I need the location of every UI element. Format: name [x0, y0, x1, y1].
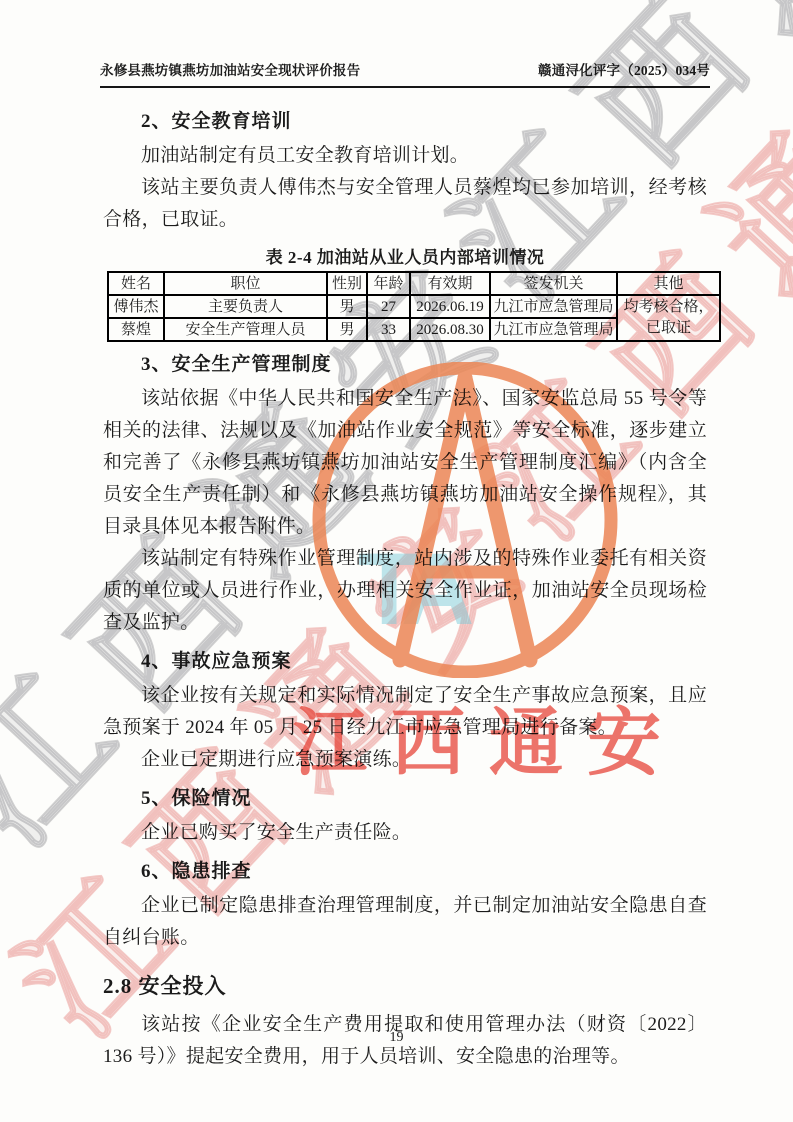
- document-body: 2、安全教育培训 加油站制定有员工安全教育培训计划。 该站主要负责人傅伟杰与安全…: [103, 99, 707, 1073]
- body-paragraph: 该站依据《中华人民共和国安全生产法》、国家安监总局 55 号令等相关的法律、法规…: [103, 383, 707, 543]
- section-heading-emergency-plan: 4、事故应急预案: [103, 648, 707, 675]
- cell-age: 27: [367, 295, 410, 318]
- cell-position: 安全生产管理人员: [164, 318, 327, 341]
- cell-name: 蔡煌: [108, 318, 164, 341]
- col-header: 其他: [617, 272, 720, 295]
- table-row: 傅伟杰 主要负责人 男 27 2026.06.19 九江市应急管理局 均考核合格…: [108, 295, 720, 318]
- body-paragraph: 加油站制定有员工安全教育培训计划。: [103, 140, 707, 172]
- cell-gender: 男: [327, 295, 367, 318]
- body-paragraph: 该站制定有特殊作业管理制度，站内涉及的特殊作业委托有相关资质的单位或人员进行作业…: [103, 543, 707, 639]
- cell-valid-date: 2026.08.30: [410, 318, 490, 341]
- training-table: 姓名 职位 性别 年龄 有效期 签发机关 其他 傅伟杰 主要负责人 男 27 2…: [107, 271, 721, 342]
- section-heading-management-system: 3、安全生产管理制度: [103, 351, 707, 378]
- cell-age: 33: [367, 318, 410, 341]
- col-header: 性别: [327, 272, 367, 295]
- table-caption: 表 2-4 加油站从业人员内部培训情况: [103, 243, 707, 268]
- cell-other-merged: 均考核合格，已取证: [617, 295, 720, 341]
- page-number: 19: [0, 1030, 793, 1046]
- page-header: 永修县燕坊镇燕坊加油站安全现状评价报告 赣通浔化评字（2025）034号: [100, 59, 710, 88]
- section-heading-training: 2、安全教育培训: [103, 108, 707, 135]
- col-header: 签发机关: [490, 272, 617, 295]
- body-paragraph: 该站主要负责人傅伟杰与安全管理人员蔡煌均已参加培训，经考核合格，已取证。: [103, 172, 707, 236]
- section-heading-insurance: 5、保险情况: [103, 785, 707, 812]
- cell-issuer: 九江市应急管理局: [490, 318, 617, 341]
- col-header: 职位: [164, 272, 327, 295]
- header-report-title: 永修县燕坊镇燕坊加油站安全现状评价报告: [100, 59, 360, 79]
- body-paragraph: 该企业按有关规定和实际情况制定了安全生产事故应急预案，且应急预案于 2024 年…: [103, 680, 707, 744]
- col-header: 年龄: [367, 272, 410, 295]
- cell-issuer: 九江市应急管理局: [490, 295, 617, 318]
- header-doc-number: 赣通浔化评字（2025）034号: [538, 59, 710, 79]
- body-paragraph: 企业已定期进行应急预案演练。: [103, 744, 707, 776]
- cell-position: 主要负责人: [164, 295, 327, 318]
- body-paragraph: 企业已购买了安全生产责任险。: [103, 817, 707, 849]
- section-heading-hazard-inspection: 6、隐患排查: [103, 858, 707, 885]
- cell-valid-date: 2026.06.19: [410, 295, 490, 318]
- document-page: 永修县燕坊镇燕坊加油站安全现状评价报告 赣通浔化评字（2025）034号 2、安…: [0, 0, 793, 1122]
- col-header: 姓名: [108, 272, 164, 295]
- section-heading-safety-investment: 2.8 安全投入: [103, 972, 707, 1000]
- col-header: 有效期: [410, 272, 490, 295]
- cell-name: 傅伟杰: [108, 295, 164, 318]
- body-paragraph: 企业已制定隐患排查治理管理制度，并已制定加油站安全隐患自查自纠台账。: [103, 890, 707, 954]
- cell-gender: 男: [327, 318, 367, 341]
- table-header-row: 姓名 职位 性别 年龄 有效期 签发机关 其他: [108, 272, 720, 295]
